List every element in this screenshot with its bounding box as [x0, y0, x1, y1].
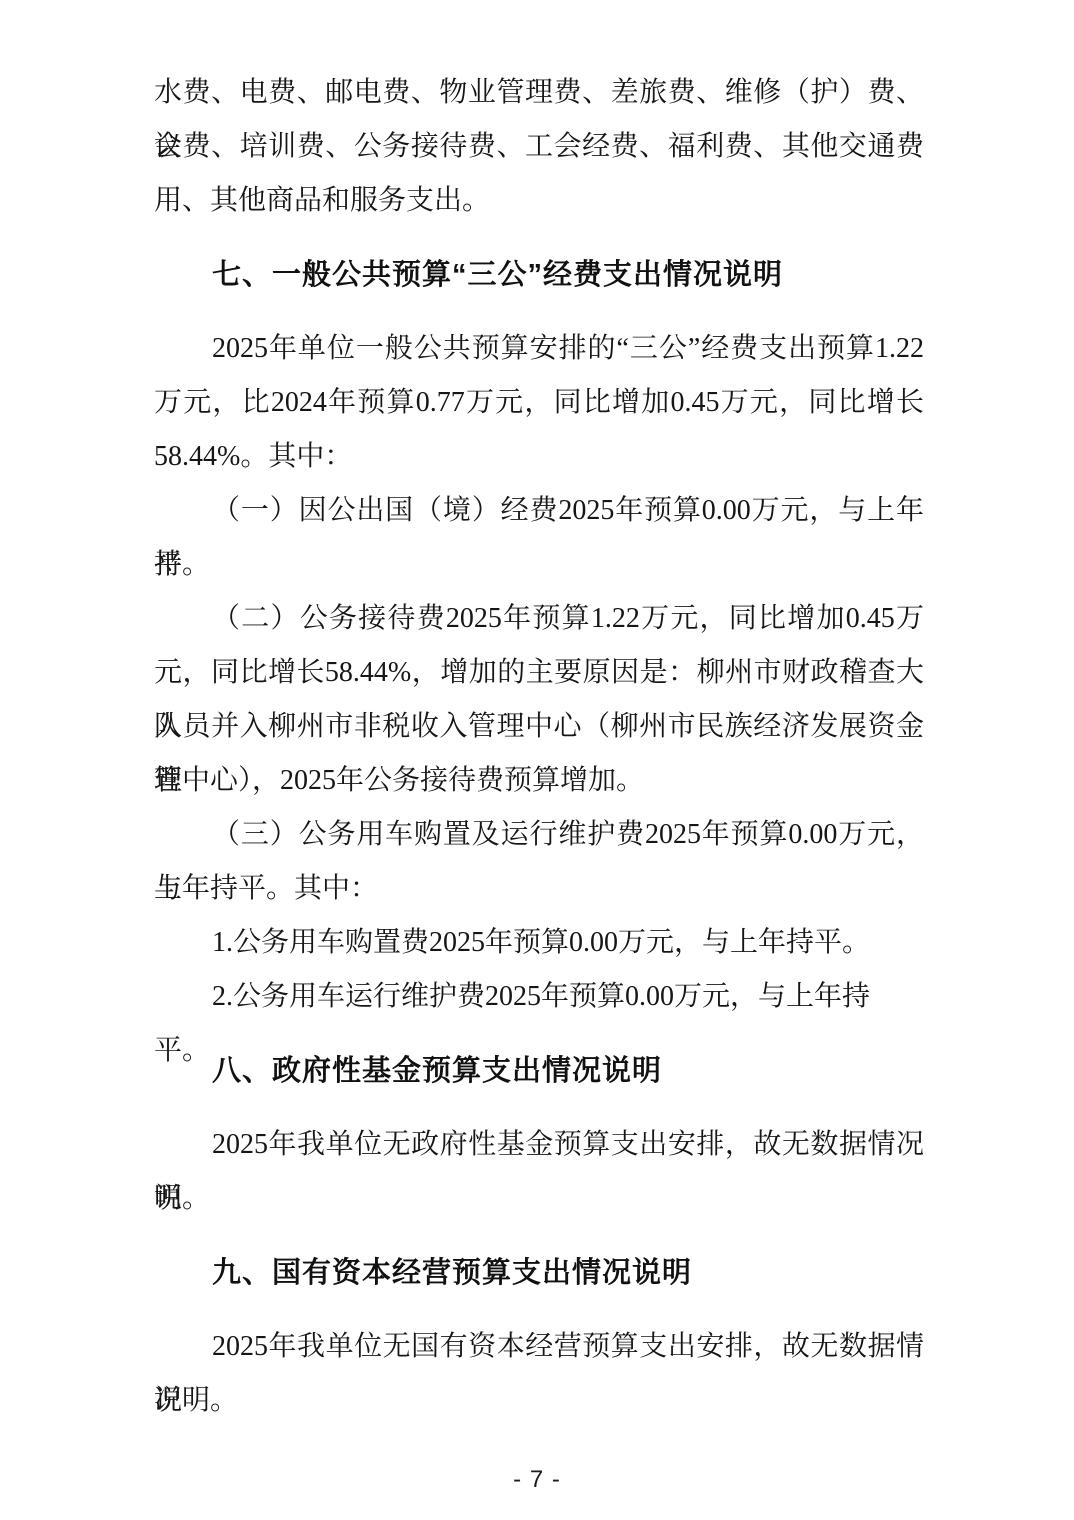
section-heading: 九、国有资本经营预算支出情况说明 [154, 1246, 924, 1300]
paragraph: 1.公务用车购置费2025年预算0.00万元，与上年持平。 [154, 916, 924, 970]
text-line: 元，同比增长58.44%，增加的主要原因是：柳州市财政稽查大队 [154, 646, 924, 700]
document-page: 水费、电费、邮电费、物业管理费、差旅费、维修（护）费、会议费、培训费、公务接待费… [0, 0, 1074, 1520]
text-line: 万元，比2024年预算0.77万元，同比增加0.45万元，同比增长 [154, 376, 924, 430]
text-line: 58.44%。其中： [154, 430, 924, 484]
text-line: 用、其他商品和服务支出。 [154, 174, 924, 228]
text-line: 2025年我单位无国有资本经营预算支出安排，故无数据情况 [154, 1320, 924, 1374]
page-number: - 7 - [513, 1466, 561, 1493]
paragraph: 2025年我单位无国有资本经营预算支出安排，故无数据情况说明。 [154, 1320, 924, 1428]
text-line: 议费、培训费、公务接待费、工会经费、福利费、其他交通费 [154, 120, 924, 174]
paragraph: （三）公务用车购置及运行维护费2025年预算0.00万元，与上年持平。其中： [154, 808, 924, 916]
paragraph: 水费、电费、邮电费、物业管理费、差旅费、维修（护）费、会议费、培训费、公务接待费… [154, 66, 924, 228]
text-line: 2.公务用车运行维护费2025年预算0.00万元，与上年持平。 [154, 970, 924, 1024]
paragraph: （二）公务接待费2025年预算1.22万元，同比增加0.45万元，同比增长58.… [154, 592, 924, 808]
paragraph: 2025年我单位无政府性基金预算支出安排，故无数据情况说明。 [154, 1118, 924, 1226]
document-body: 水费、电费、邮电费、物业管理费、差旅费、维修（护）费、会议费、培训费、公务接待费… [154, 66, 924, 1428]
text-line: 1.公务用车购置费2025年预算0.00万元，与上年持平。 [154, 916, 924, 970]
text-line: 说明。 [154, 1374, 924, 1428]
text-line: 平。 [154, 538, 924, 592]
text-line: 人员并入柳州市非税收入管理中心（柳州市民族经济发展资金管 [154, 700, 924, 754]
page-footer: - 7 - [0, 1466, 1074, 1494]
text-line: 2025年我单位无政府性基金预算支出安排，故无数据情况说 [154, 1118, 924, 1172]
text-line: （二）公务接待费2025年预算1.22万元，同比增加0.45万 [154, 592, 924, 646]
section-heading: 七、一般公共预算“三公”经费支出情况说明 [154, 248, 924, 302]
paragraph: 2.公务用车运行维护费2025年预算0.00万元，与上年持平。 [154, 970, 924, 1024]
section-heading: 八、政府性基金预算支出情况说明 [154, 1044, 924, 1098]
text-line: 2025年单位一般公共预算安排的“三公”经费支出预算1.22 [154, 322, 924, 376]
text-line: 上年持平。其中： [154, 862, 924, 916]
text-line: （三）公务用车购置及运行维护费2025年预算0.00万元，与 [154, 808, 924, 862]
paragraph: 2025年单位一般公共预算安排的“三公”经费支出预算1.22万元，比2024年预… [154, 322, 924, 484]
text-line: 明。 [154, 1172, 924, 1226]
paragraph: （一）因公出国（境）经费2025年预算0.00万元，与上年持平。 [154, 484, 924, 592]
text-line: 水费、电费、邮电费、物业管理费、差旅费、维修（护）费、会 [154, 66, 924, 120]
text-line: 理中心），2025年公务接待费预算增加。 [154, 754, 924, 808]
text-line: （一）因公出国（境）经费2025年预算0.00万元，与上年持 [154, 484, 924, 538]
